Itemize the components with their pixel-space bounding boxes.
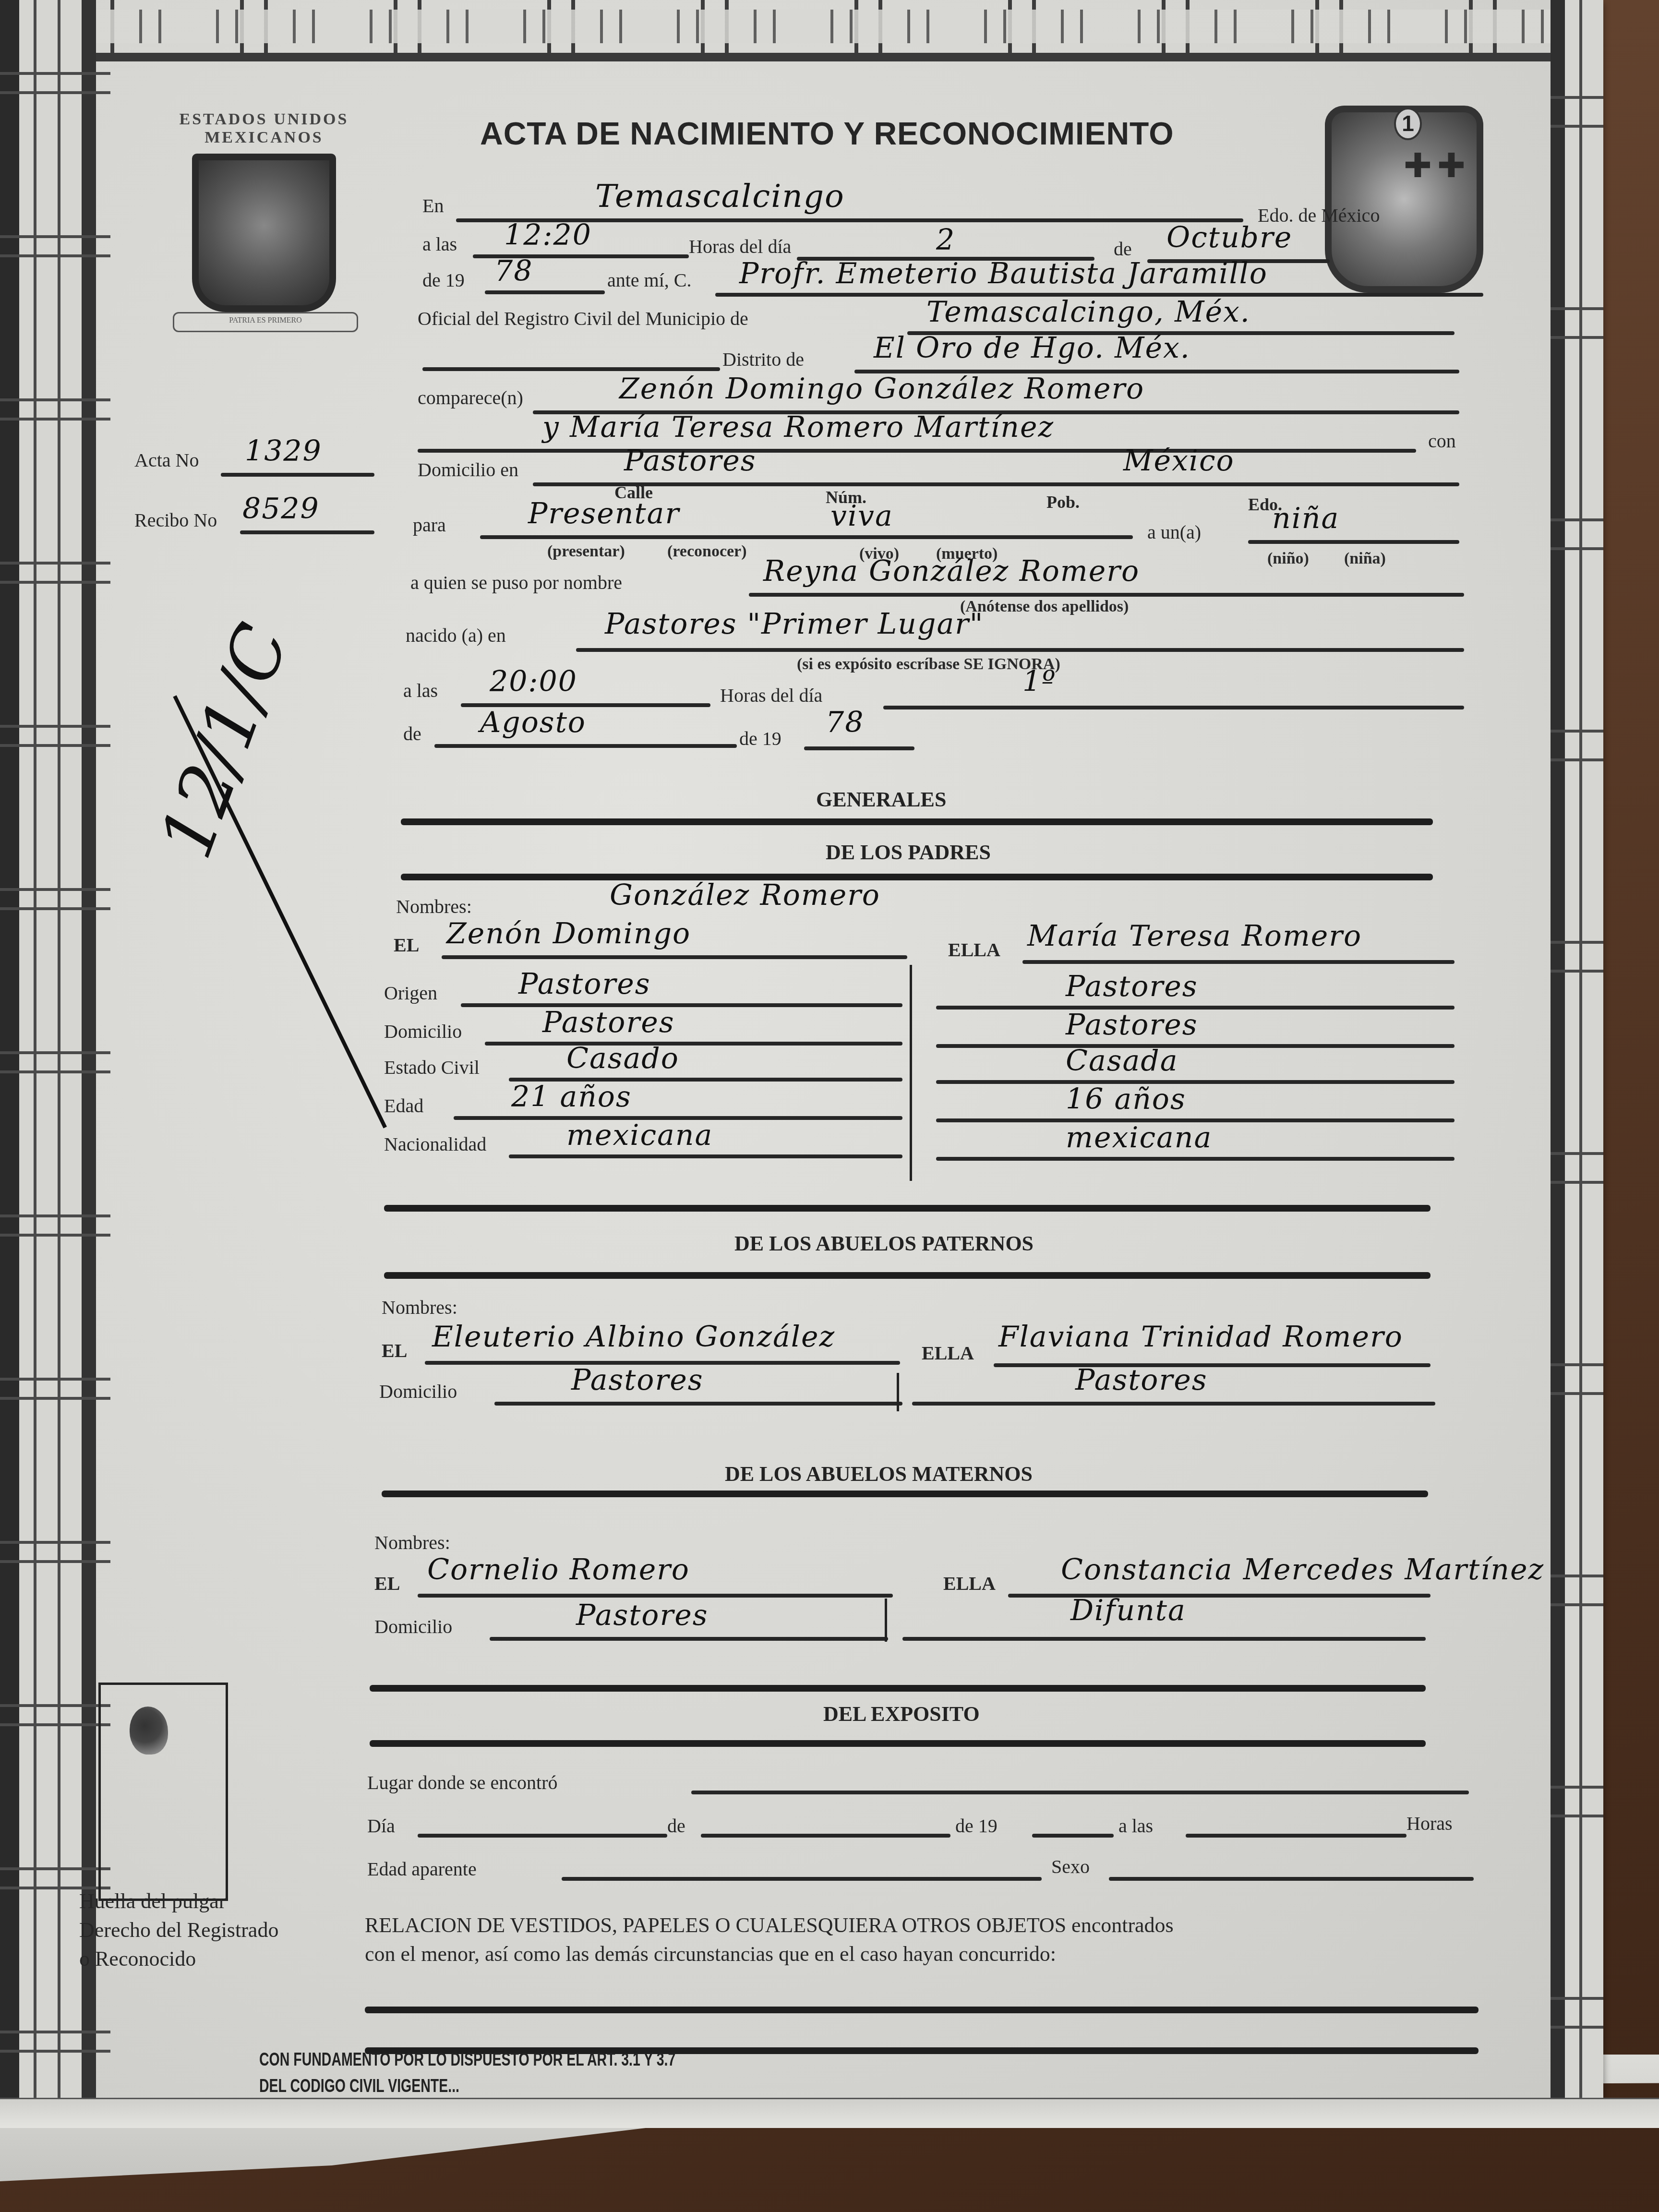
- divider: [370, 1740, 1426, 1747]
- relacion-text-2: con el menor, así como las demás circuns…: [365, 1942, 1056, 1966]
- maternal-grandfather-domicilio-line: [490, 1637, 888, 1641]
- domicilio-line: [533, 482, 1459, 486]
- recibo-line: [240, 530, 374, 534]
- ella-label: ELLA: [943, 1572, 996, 1595]
- cross-icon: ✚: [1404, 146, 1432, 185]
- divider: [384, 1205, 1431, 1212]
- maternal-grandfather-name: Cornelio Romero: [427, 1553, 690, 1587]
- paternal-grandfather-name: Eleuterio Albino González: [432, 1320, 835, 1354]
- nino-line: [1248, 540, 1459, 544]
- lugar-field[interactable]: [691, 1791, 1469, 1794]
- ornamental-border-right: [1551, 0, 1603, 2098]
- state-coat-of-arms-seal: 1 ✚ ✚: [1325, 106, 1483, 293]
- nac-mes-value: Agosto: [480, 706, 586, 739]
- thumb-caption-3: o Reconocido: [79, 1947, 196, 1971]
- presentar-caption: (presentar): [547, 542, 625, 561]
- mother-field-value: mexicana: [1066, 1121, 1212, 1154]
- anio-value: 78: [494, 254, 533, 288]
- parent-row-line: [461, 1003, 902, 1007]
- parent-row-label: Nacionalidad: [384, 1133, 486, 1155]
- parent-row-line: [936, 1157, 1455, 1161]
- maternal-grandmother-domicilio-line: [902, 1637, 1426, 1641]
- mother-field-value: 16 años: [1066, 1082, 1186, 1116]
- nac-horas-label: Horas del día: [720, 684, 822, 707]
- oficial-value: Profr. Emeterio Bautista Jaramillo: [739, 257, 1268, 290]
- para-line: [480, 535, 1133, 539]
- sexo-field[interactable]: [1109, 1877, 1474, 1881]
- maternal-grandfather-line: [418, 1594, 893, 1598]
- nombre-hint: (Anótense dos apellidos): [960, 598, 1129, 616]
- parent-row-label: Domicilio: [384, 1020, 462, 1043]
- shield-icon: [192, 154, 336, 312]
- parent-row-label: Origen: [384, 982, 437, 1004]
- father-name-line: [442, 955, 907, 959]
- sexo-label: Sexo: [1051, 1855, 1090, 1878]
- father-surname-note: González Romero: [610, 878, 880, 912]
- paternal-grandmother-domicilio-line: [912, 1402, 1435, 1406]
- paternal-grandmother-line: [994, 1363, 1431, 1367]
- hora-field[interactable]: [1186, 1834, 1407, 1838]
- domicilio-value: Pastores: [624, 444, 756, 478]
- nac-dia-line: [883, 706, 1464, 709]
- mother-field-value: Pastores: [1066, 1008, 1198, 1042]
- vivo-value: viva: [830, 499, 893, 533]
- recibo-label: Recibo No: [134, 509, 217, 531]
- acta-line: [221, 473, 374, 477]
- divider: [401, 874, 1433, 880]
- relacion-line: [365, 2007, 1479, 2013]
- nombres-label: Nombres:: [382, 1296, 457, 1319]
- distrito-pre-line: [422, 367, 720, 371]
- de19-label: de 19: [955, 1815, 998, 1837]
- nacido-value: Pastores "Primer Lugar": [605, 607, 984, 641]
- father-field-value: mexicana: [566, 1118, 713, 1152]
- mes-field[interactable]: [701, 1834, 950, 1838]
- cross-icon: ✚: [1437, 146, 1466, 185]
- mother-field-value: Casada: [1066, 1044, 1178, 1078]
- dia-value: 2: [936, 223, 955, 257]
- thumb-caption-1: Huella del pulgar: [79, 1889, 226, 1913]
- horas-label: Horas: [1407, 1812, 1453, 1835]
- de-label: de: [667, 1815, 685, 1837]
- a-las-label: a las: [1118, 1815, 1153, 1837]
- ante-mi-label: ante mí, C.: [607, 269, 692, 291]
- comparece-label: comparece(n): [418, 386, 523, 409]
- a-las-value: 12:20: [504, 218, 592, 252]
- mexico-coat-of-arms-seal: ESTADOS UNIDOS MEXICANOS PATRIA ES PRIME…: [163, 110, 365, 331]
- dia-label: Día: [367, 1815, 395, 1837]
- con-label: con: [1428, 430, 1456, 452]
- para-value: Presentar: [528, 497, 680, 530]
- mes-value: Octubre: [1166, 221, 1292, 254]
- acta-label: Acta No: [134, 449, 199, 471]
- relacion-text-1: RELACION DE VESTIDOS, PAPELES O CUALESQU…: [365, 1913, 1174, 1937]
- lugar-label: Lugar donde se encontró: [367, 1771, 558, 1794]
- domicilio-label: Domicilio: [374, 1615, 452, 1638]
- birth-certificate-page: ESTADOS UNIDOS MEXICANOS PATRIA ES PRIME…: [0, 0, 1603, 2098]
- padres-heading: DE LOS PADRES: [826, 840, 991, 865]
- maternal-grandparents-heading: DE LOS ABUELOS MATERNOS: [725, 1462, 1033, 1486]
- father-field-value: 21 años: [511, 1080, 632, 1114]
- father-name: Zenón Domingo: [446, 917, 691, 950]
- divider: [384, 1272, 1431, 1279]
- page-title: ACTA DE NACIMIENTO Y RECONOCIMIENTO: [480, 115, 1174, 152]
- child-name-value: Reyna González Romero: [763, 554, 1140, 588]
- edad-aparente-field[interactable]: [562, 1877, 1042, 1881]
- municipio-value: Temascalcingo, Méx.: [926, 295, 1250, 329]
- el-label: EL: [382, 1339, 407, 1362]
- nombres-label: Nombres:: [374, 1531, 450, 1554]
- nacido-line: [576, 648, 1464, 652]
- oficial-label: Oficial del Registro Civil del Municipio…: [418, 307, 748, 330]
- comparece-value-2: y María Teresa Romero Martínez: [542, 410, 1054, 444]
- anio-line: [485, 290, 605, 294]
- nac-de-label: de: [403, 722, 421, 745]
- anio-field[interactable]: [1032, 1834, 1114, 1838]
- parent-row-label: Estado Civil: [384, 1056, 480, 1079]
- footer-line-1: CON FUNDAMENTO POR LO DISPUESTO POR EL A…: [259, 2050, 675, 2070]
- nacido-label: nacido (a) en: [406, 624, 506, 647]
- en-label: En: [422, 194, 444, 217]
- father-field-value: Pastores: [518, 967, 650, 1001]
- father-field-value: Pastores: [542, 1006, 674, 1039]
- ella-label: ELLA: [948, 938, 1000, 961]
- footer-line-2: DEL CODIGO CIVIL VIGENTE...: [259, 2076, 459, 2097]
- father-field-value: Casado: [566, 1042, 679, 1075]
- nac-anio-line: [804, 746, 914, 750]
- nac-hora-value: 20:00: [490, 665, 577, 698]
- de-19-label: de 19: [422, 269, 465, 291]
- nino-value: niña: [1272, 502, 1339, 535]
- thumbprint-box: [98, 1683, 228, 1901]
- mother-field-value: Pastores: [1066, 970, 1198, 1003]
- edad-aparente-label: Edad aparente: [367, 1858, 477, 1880]
- thumb-caption-2: Derecho del Registrado: [79, 1918, 278, 1942]
- divider: [382, 1491, 1428, 1497]
- parent-row-line: [936, 1080, 1455, 1084]
- paternal-grandfather-domicilio-line: [494, 1402, 902, 1406]
- parent-row-label: Edad: [384, 1094, 423, 1117]
- seal-left-text: ESTADOS UNIDOS MEXICANOS: [163, 110, 365, 147]
- nac-de19-label: de 19: [739, 727, 781, 750]
- a-un-label: a un(a): [1147, 521, 1201, 543]
- nombres-label: Nombres:: [396, 895, 472, 918]
- seal-left-motto: PATRIA ES PRIMERO: [173, 312, 358, 332]
- ornamental-border-top: [34, 0, 1575, 61]
- generales-heading: GENERALES: [816, 787, 946, 812]
- nacido-hint: (si es expósito escríbase SE IGNORA): [797, 655, 1060, 673]
- nombre-label: a quien se puso por nombre: [410, 571, 622, 594]
- comparece-line-2: [418, 449, 1416, 453]
- domicilio-label: Domicilio en: [418, 458, 518, 481]
- paternal-grandfather-domicilio: Pastores: [571, 1363, 703, 1397]
- exposito-heading: DEL EXPOSITO: [823, 1702, 980, 1726]
- paternal-grandmother-name: Flaviana Trinidad Romero: [998, 1320, 1403, 1354]
- nombre-line: [749, 593, 1464, 597]
- nac-anio-value: 78: [826, 706, 864, 739]
- nac-mes-line: [434, 744, 737, 748]
- seal-right-number: 1: [1394, 108, 1422, 140]
- distrito-label: Distrito de: [722, 348, 804, 371]
- paternal-grandparents-heading: DE LOS ABUELOS PATERNOS: [734, 1231, 1034, 1256]
- dia-field[interactable]: [418, 1834, 667, 1838]
- el-label: EL: [374, 1572, 400, 1595]
- paper-edge: [0, 2098, 1659, 2128]
- para-label: para: [413, 514, 446, 536]
- horas-del-dia-label: Horas del día: [689, 235, 791, 258]
- parent-row-line: [485, 1042, 902, 1046]
- nina-caption: (niña): [1344, 550, 1386, 568]
- divider: [401, 818, 1433, 825]
- ella-label: ELLA: [922, 1342, 974, 1364]
- maternal-grandfather-domicilio: Pastores: [576, 1599, 708, 1632]
- en-value: Temascalcingo: [595, 178, 845, 215]
- paternal-grandmother-domicilio: Pastores: [1075, 1363, 1207, 1397]
- domicilio-edo-value: México: [1123, 444, 1235, 478]
- nac-a-las-label: a las: [403, 679, 438, 702]
- thumbprint-icon: [130, 1707, 168, 1755]
- parent-row-line: [509, 1154, 902, 1158]
- distrito-value: El Oro de Hgo. Méx.: [874, 331, 1190, 365]
- maternal-grandmother-name: Constancia Mercedes Martínez: [1061, 1553, 1544, 1587]
- a-las-label: a las: [422, 233, 457, 255]
- parent-row-line: [936, 1044, 1455, 1048]
- margin-annotation: 12/1/C: [144, 613, 305, 868]
- column-divider: [885, 1599, 887, 1642]
- ornamental-border-left: [0, 0, 110, 2098]
- domicilio-label: Domicilio: [379, 1380, 457, 1403]
- nac-dia-value: 1º: [1022, 665, 1056, 698]
- mother-name: María Teresa Romero: [1027, 919, 1362, 953]
- pob-caption: Pob.: [1046, 492, 1080, 512]
- nino-caption: (niño): [1267, 550, 1309, 568]
- comparece-value-1: Zenón Domingo González Romero: [619, 372, 1144, 406]
- column-divider: [910, 965, 912, 1181]
- recibo-number: 8529: [242, 492, 320, 526]
- maternal-grandmother-domicilio: Difunta: [1070, 1594, 1186, 1627]
- reconocer-caption: (reconocer): [667, 542, 746, 561]
- acta-number: 1329: [245, 434, 322, 468]
- mother-name-line: [1022, 960, 1455, 964]
- column-divider: [897, 1373, 899, 1411]
- el-label: EL: [394, 934, 419, 956]
- divider: [370, 1685, 1426, 1692]
